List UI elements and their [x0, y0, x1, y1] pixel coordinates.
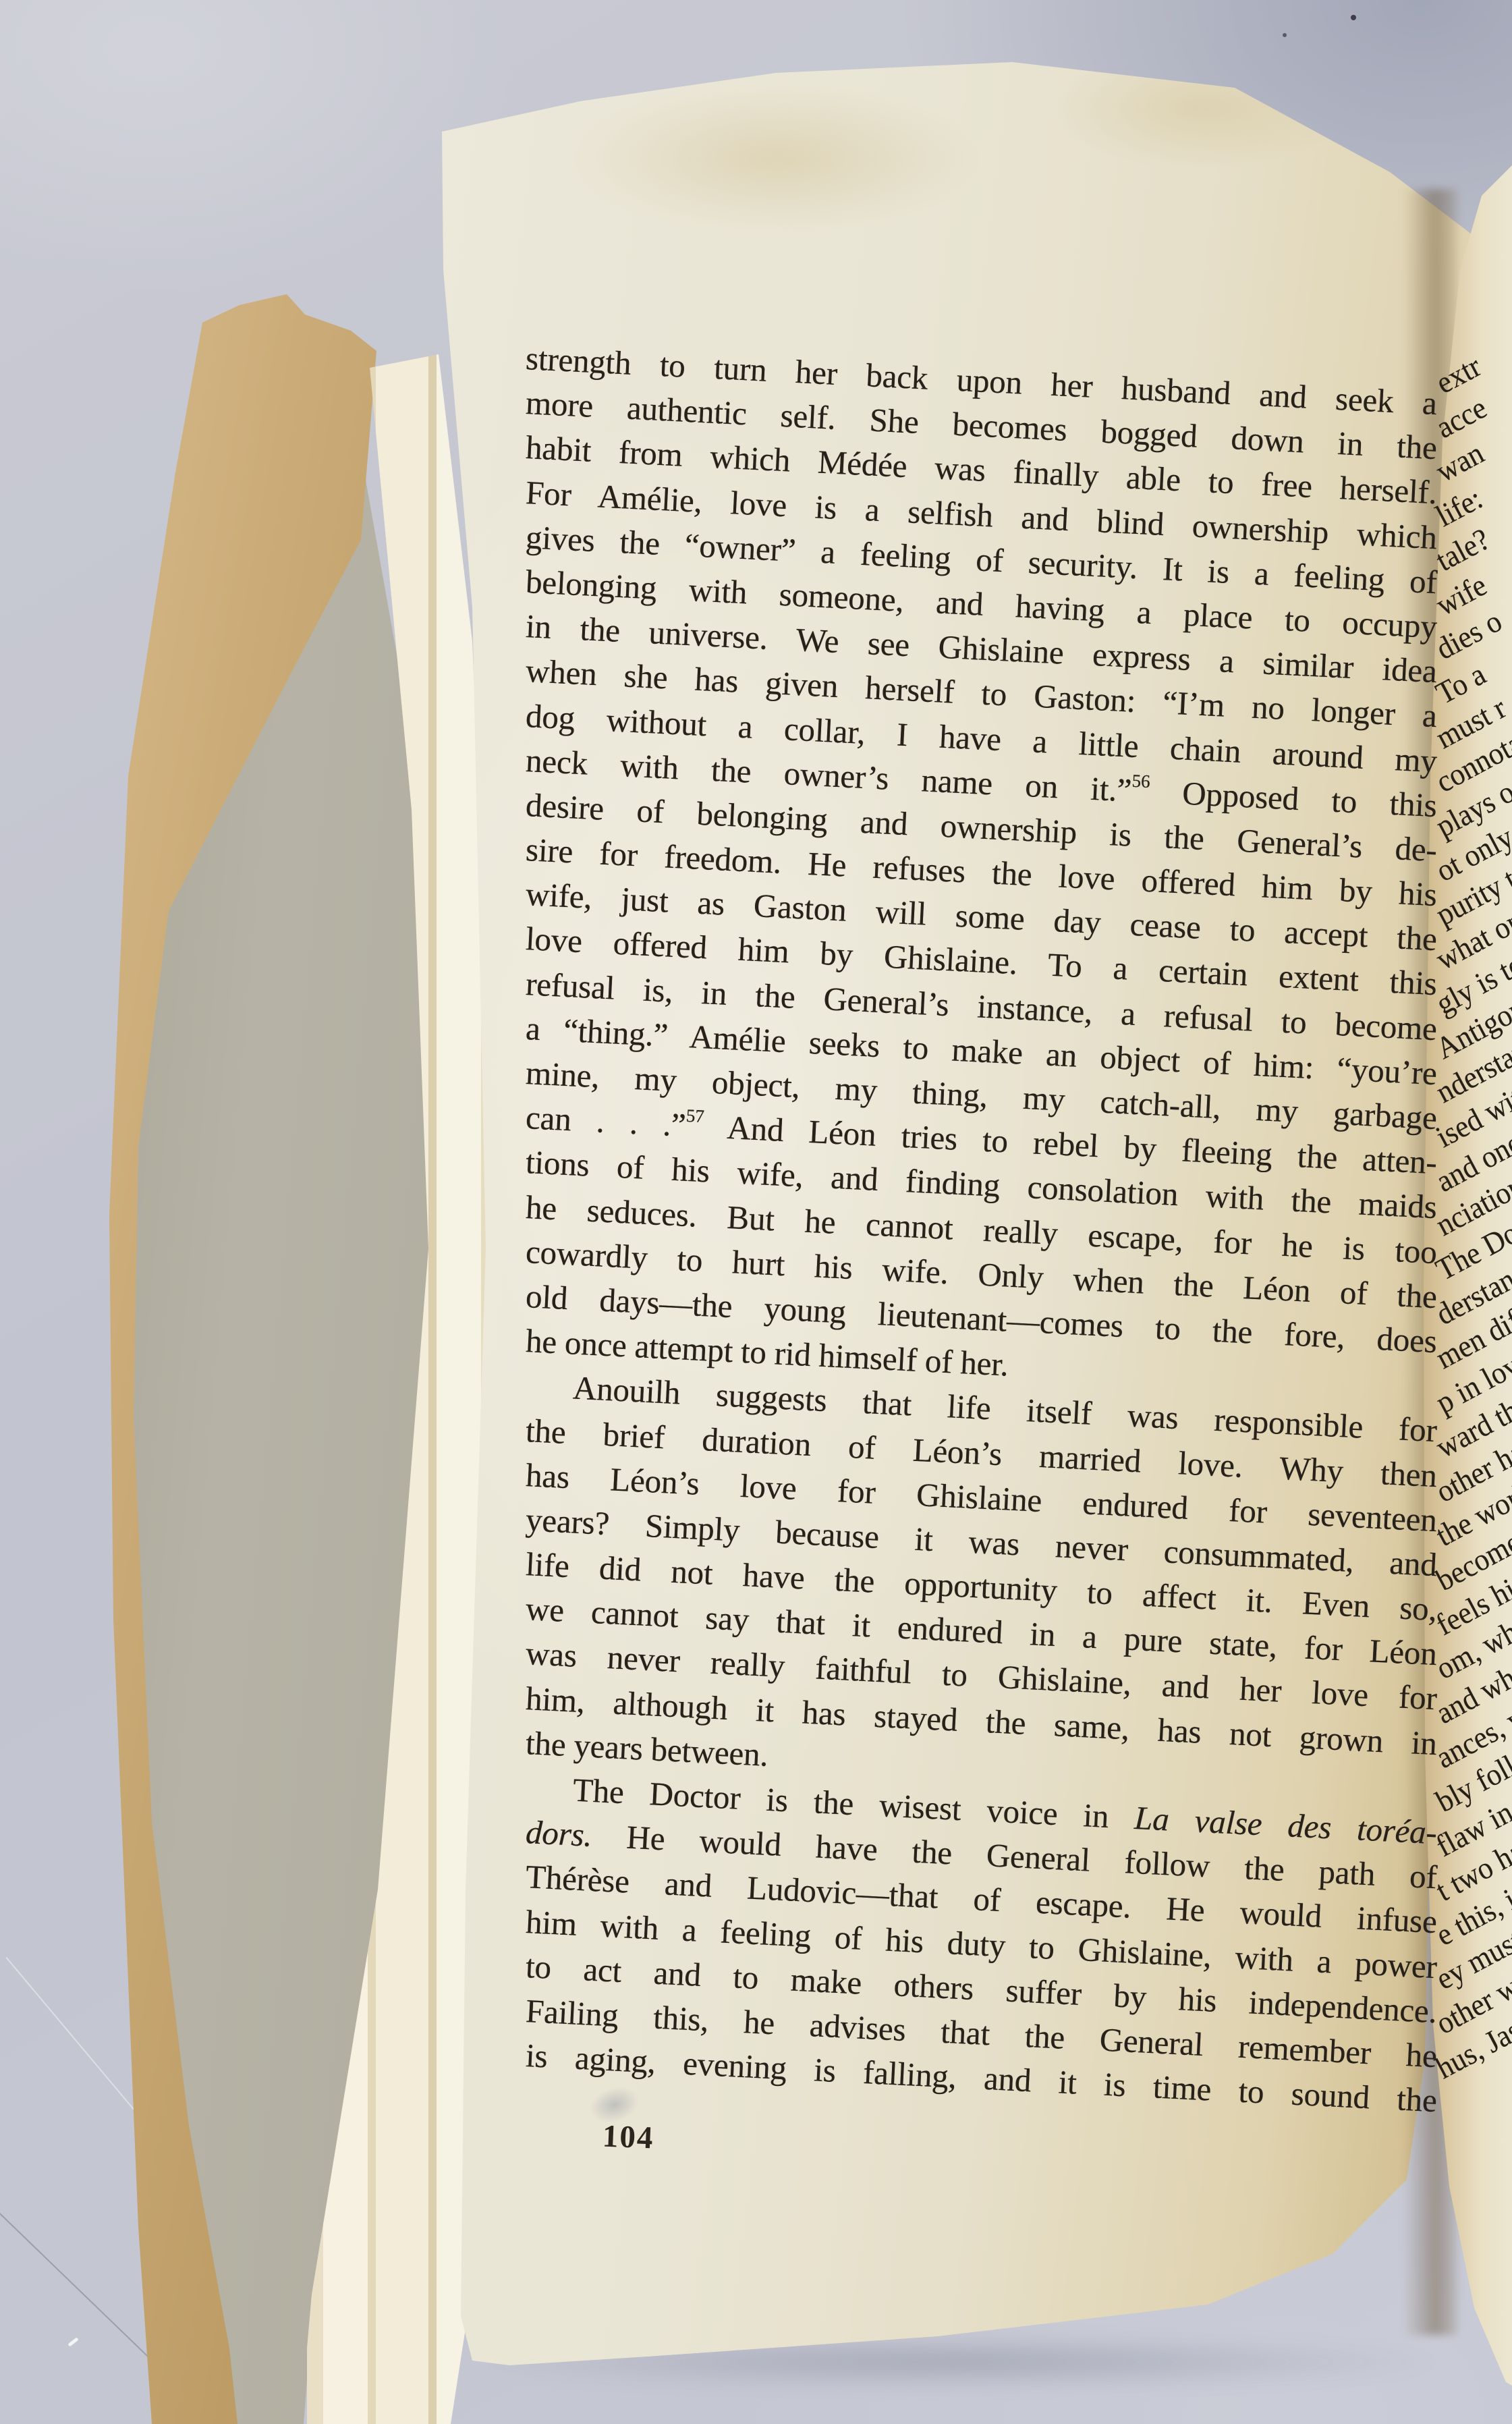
text-line: him with a feeling of his duty to Ghisla…	[525, 1900, 1437, 1944]
text-line: For Amélie, love is a selfish and blind …	[525, 470, 1437, 515]
text-line: strength to turn her back upon her husba…	[525, 336, 1437, 381]
text-line: he seduces. But he cannot really escape,…	[525, 1185, 1437, 1230]
text-line: in the universe. We see Ghislaine expres…	[525, 604, 1437, 649]
text-block: strength to turn her back upon her husba…	[525, 336, 1437, 2078]
footnote-reference: 57	[685, 1105, 704, 1126]
dust-speck	[1283, 33, 1287, 37]
text-line: can . . .”57 And Léon tries to rebel by …	[525, 1095, 1437, 1140]
text-line: a “thing.” Amélie seeks to make an objec…	[525, 1006, 1437, 1051]
text-line: desire of belonging and ownership is the…	[525, 783, 1437, 827]
dust-speck	[1351, 15, 1356, 20]
text-line: love offered him by Ghislaine. To a cert…	[525, 916, 1437, 961]
page-number: 104	[602, 2118, 655, 2156]
text-line: years? Simply because it was never consu…	[525, 1497, 1437, 1542]
text-line: him, although it has stayed the same, ha…	[525, 1676, 1437, 1721]
text-line: mine, my object, my thing, my catch-all,…	[525, 1051, 1437, 1095]
text-line: more authentic self. She becomes bogged …	[525, 381, 1437, 425]
text-line: the years between.	[525, 1721, 1437, 1765]
text-line: was never really faithful to Ghislaine, …	[525, 1631, 1437, 1676]
photo-of-open-book: strength to turn her back upon her husba…	[0, 0, 1512, 2424]
text-line: dog without a collar, I have a little ch…	[525, 694, 1437, 738]
text-line: we cannot say that it endured in a pure …	[525, 1587, 1437, 1631]
text-line: The Doctor is the wisest voice in La val…	[525, 1765, 1437, 1810]
text-line: the brief duration of Léon’s married lov…	[525, 1408, 1437, 1453]
text-line: old days—the young lieutenant—comes to t…	[525, 1274, 1437, 1319]
text-line: tions of his wife, and finding consolati…	[525, 1140, 1437, 1184]
italic-title-segment: dors.	[525, 1813, 593, 1854]
text-line: cowardly to hurt his wife. Only when the…	[525, 1230, 1437, 1274]
text-line: belonging with someone, and having a pla…	[525, 559, 1437, 604]
text-line: to act and to make others suffer by his …	[525, 1944, 1437, 1989]
text-line: dors. He would have the General follow t…	[525, 1810, 1437, 1854]
text-line: habit from which Médée was finally able …	[525, 425, 1437, 470]
text-line: Failing this, he advises that the Genera…	[525, 1989, 1437, 2033]
text-line: Thérèse and Ludovic—that of escape. He w…	[525, 1854, 1437, 1899]
text-line: gives the “owner” a feeling of security.…	[525, 515, 1437, 559]
text-line: when she has given herself to Gaston: “I…	[525, 649, 1437, 693]
text-line: neck with the owner’s name on it.”56 Opp…	[525, 738, 1437, 783]
line-segment: can . . .”	[525, 1099, 687, 1144]
text-line: life did not have the opportunity to aff…	[525, 1542, 1437, 1587]
text-line: he once attempt to rid himself of her.	[525, 1319, 1437, 1363]
paper-fleck	[67, 2337, 78, 2346]
text-line: Anouilh suggests that life itself was re…	[525, 1363, 1437, 1408]
text-line: has Léon’s love for Ghislaine endured fo…	[525, 1453, 1437, 1497]
text-line: wife, just as Gaston will some day cease…	[525, 872, 1437, 916]
text-line: is aging, evening is falling, and it is …	[525, 2033, 1437, 2078]
text-line: sire for freedom. He refuses the love of…	[525, 827, 1437, 872]
text-line: refusal is, in the General’s instance, a…	[525, 962, 1437, 1006]
